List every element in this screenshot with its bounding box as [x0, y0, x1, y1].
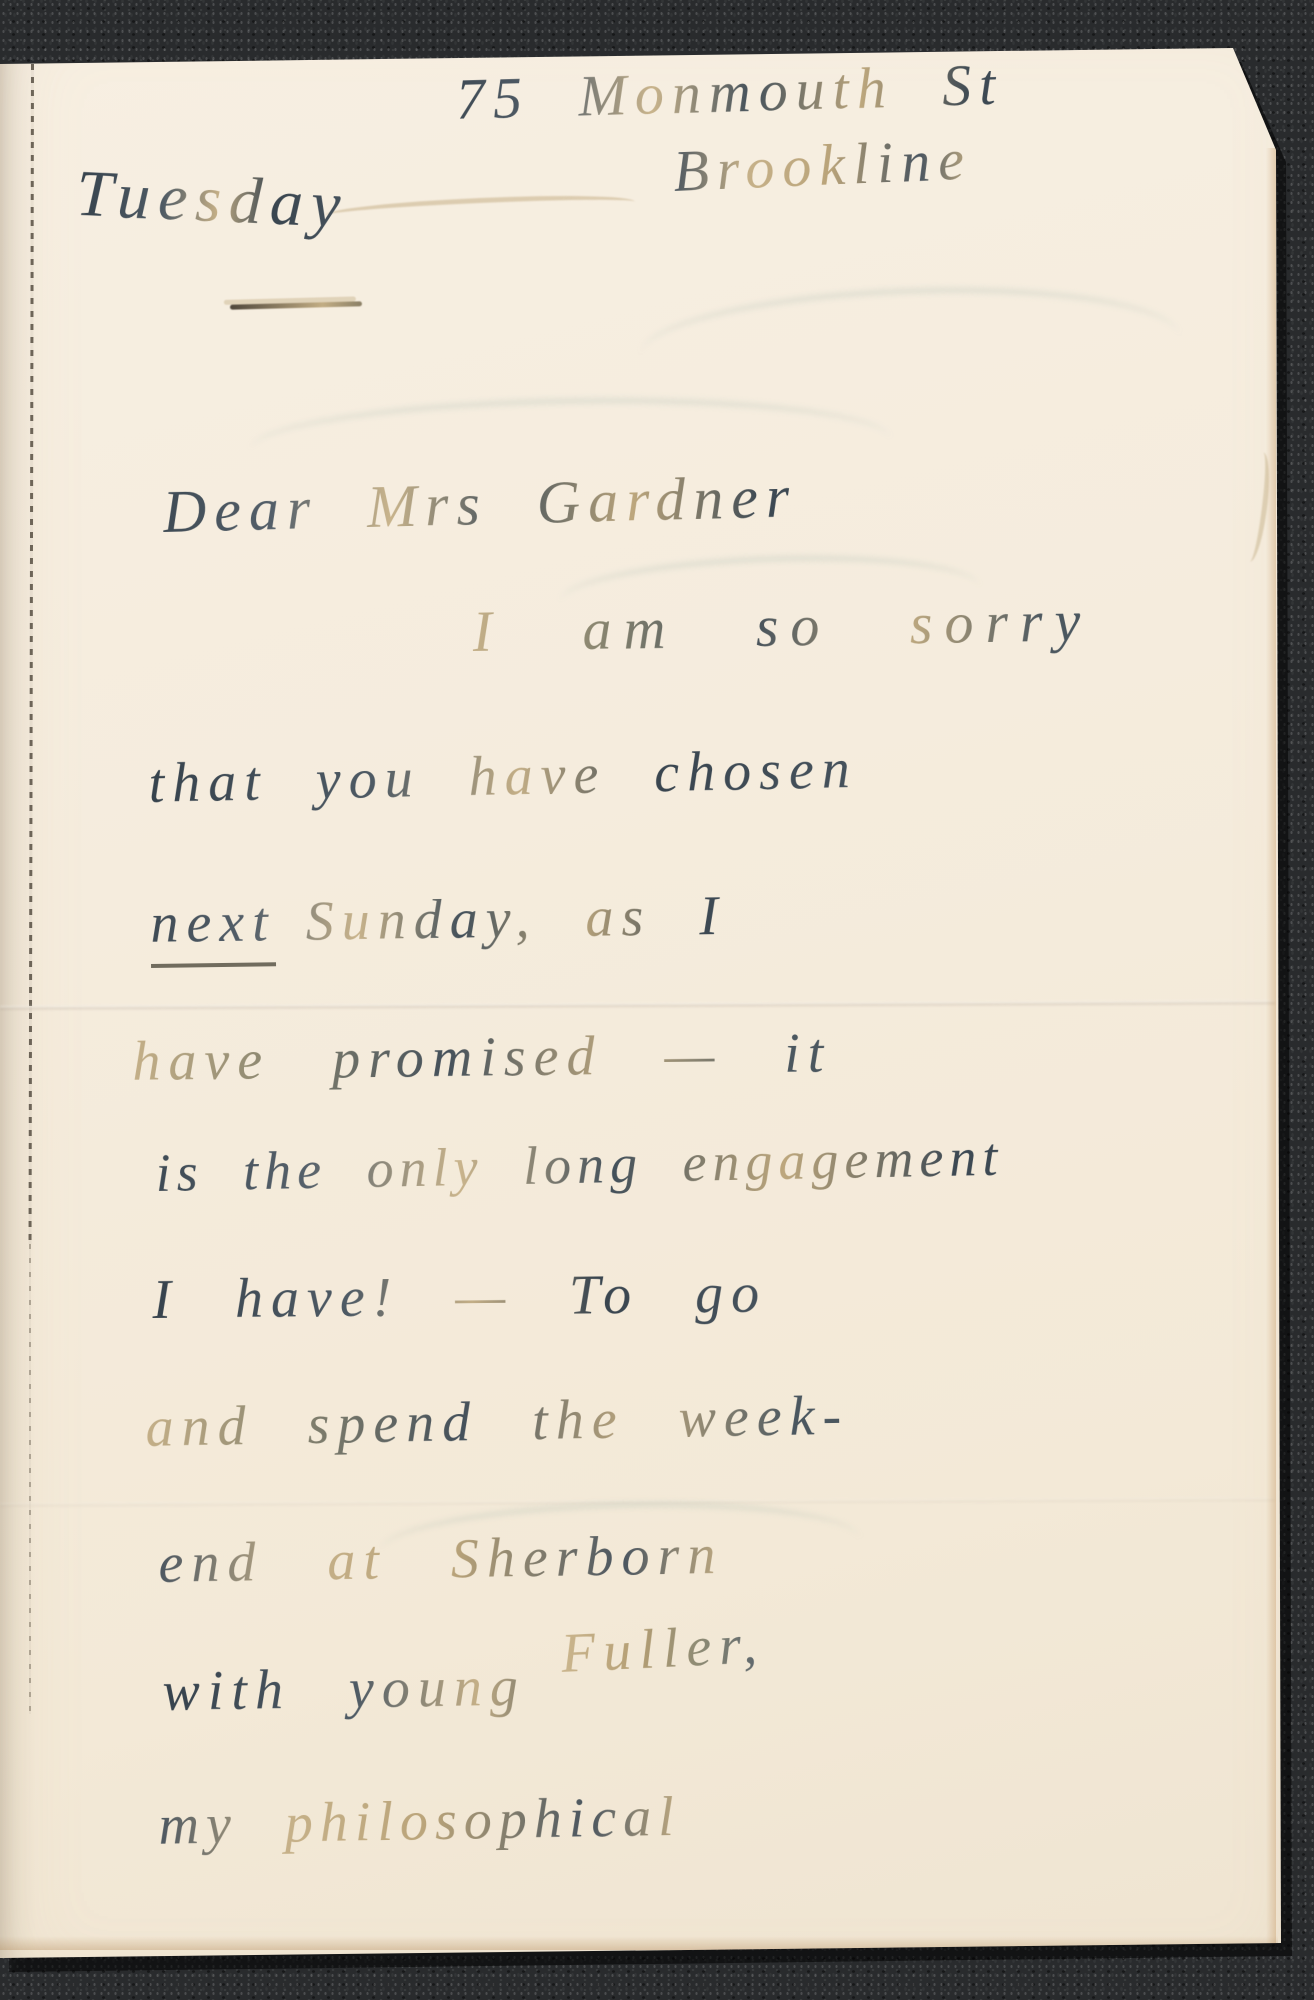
letter-photo-stage: 75 Monmouth St Brookline Tuesday Dear Mr… [0, 0, 1314, 2000]
paper-cut-edge-right [1266, 148, 1276, 1946]
bleedthrough-ghost-mark [638, 279, 1182, 414]
handwritten-line: have promised — it [132, 1021, 832, 1094]
fold-seam-lower [29, 1244, 31, 1714]
handwritten-line: is the only long engagement [155, 1126, 1004, 1204]
handwritten-line: I have! — To go [152, 1262, 767, 1332]
handwritten-city-line: Brookline [672, 125, 973, 204]
faded-ink-flourish [325, 191, 636, 226]
handwritten-line: end at Sherborn [158, 1523, 724, 1596]
handwritten-line: that you have chosen [148, 737, 858, 816]
handwritten-line: nextSunday, as I [150, 884, 726, 956]
handwritten-line: with youngFuller, [162, 1652, 766, 1724]
raised-word-fuller: Fuller, [560, 1612, 767, 1686]
handwritten-salutation: Dear Mrs Gardner [162, 462, 798, 546]
handwritten-address-line: 75 Monmouth St [455, 51, 1004, 133]
underlined-word-next: next [150, 891, 276, 968]
line-remainder: Sunday, as I [305, 885, 726, 953]
horizontal-crease-line [0, 1000, 1275, 1010]
handwritten-line: and spend the week- [145, 1384, 850, 1460]
handwritten-day-line: Tuesday [75, 156, 351, 244]
paper-sheet: 75 Monmouth St Brookline Tuesday Dear Mr… [0, 0, 1314, 2000]
day-underline-dash [230, 301, 362, 309]
handwritten-line: I am so sorry [472, 587, 1093, 665]
line-start: with young [162, 1656, 526, 1723]
handwritten-line: my philosophical [158, 1785, 681, 1858]
